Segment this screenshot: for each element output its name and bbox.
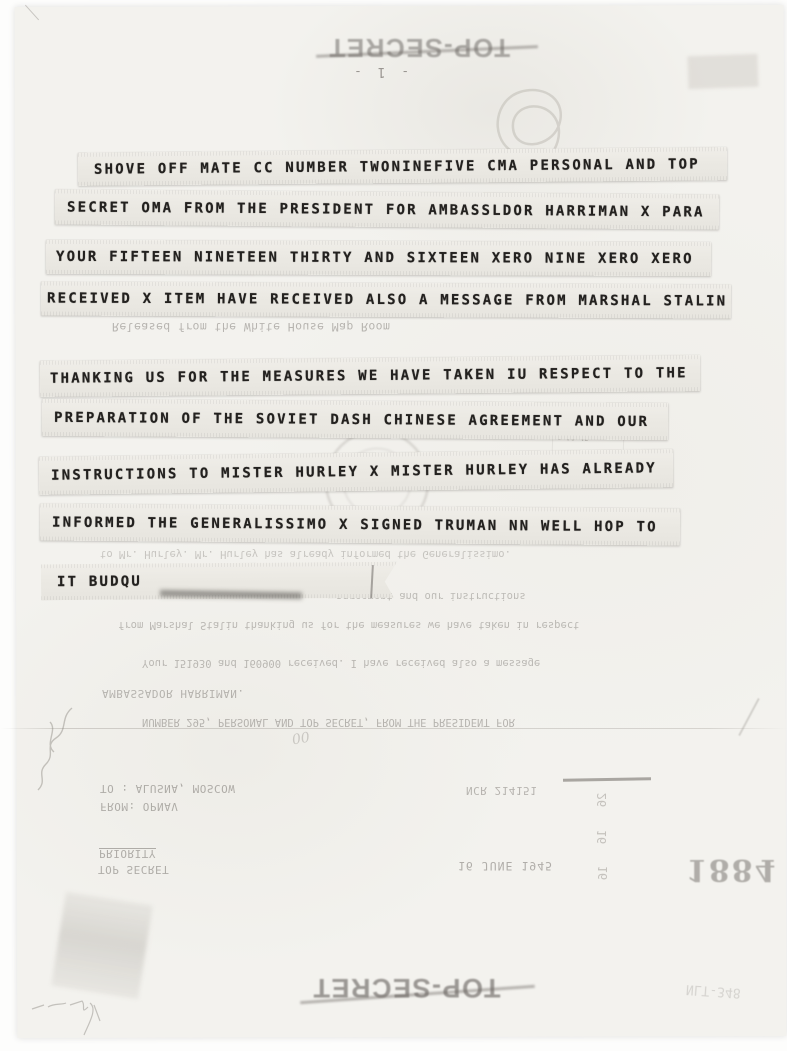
tape-residue-bottom-left [51, 892, 153, 1000]
strip-text: INSTRUCTIONS TO MISTER HURLEY X MISTER H… [51, 460, 657, 483]
page-number: - 1 - [350, 64, 409, 79]
teletype-strip-3: YOUR FIFTEEN NINETEEN THIRTY AND SIXTEEN… [46, 240, 711, 276]
bleed-serial-number: 1884 [686, 852, 778, 887]
strip-text: SECRET OMA FROM THE PRESIDENT FOR AMBASS… [67, 199, 705, 220]
strip-text: RECEIVED X ITEM HAVE RECEIVED ALSO A MES… [47, 291, 727, 310]
paper-crease-line [0, 728, 787, 729]
bleed-number-line: NUMBER 295, PERSONAL AND TOP SECRET, FRO… [142, 716, 515, 728]
bleed-top-secret-line: TOP SECRET [98, 863, 169, 876]
teletype-strip-8: INFORMED THE GENERALISSIMO X SIGNED TRUM… [40, 503, 680, 545]
bleed-date-line: 16 JUNE 1945 [458, 859, 553, 873]
strip-text: INFORMED THE GENERALISSIMO X SIGNED TRUM… [52, 514, 658, 535]
strip-text: IT BUDQU [57, 574, 142, 591]
bleed-from-line: FROM: OPNAV [100, 800, 178, 813]
teletype-strip-4: RECEIVED X ITEM HAVE RECEIVED ALSO A MES… [41, 281, 731, 318]
margin-number: 26 [595, 793, 609, 807]
bleed-priority-line: PRIORITY [99, 847, 156, 860]
strip-text: SHOVE OFF MATE CC NUMBER TWONINEFIVE CMA… [94, 156, 700, 177]
strip-text: YOUR FIFTEEN NINETEEN THIRTY AND SIXTEEN… [56, 249, 694, 267]
bleed-paragraph-line: to Mr. Hurley. Mr. Hurley has already in… [100, 548, 511, 560]
document-page: TOP-SECRET - 1 - EL-013 8-10-45 at 15145… [0, 0, 787, 1051]
strip-text: PREPARATION OF THE SOVIET DASH CHINESE A… [54, 409, 649, 429]
ncr-underline-mark [563, 777, 651, 782]
bleed-ncr-line: NCR 214151 [466, 784, 537, 797]
tape-residue-top-right [687, 54, 758, 89]
teletype-strip-5: THANKING US FOR THE MEASURES WE HAVE TAK… [40, 355, 700, 397]
teletype-strip-2: SECRET OMA FROM THE PRESIDENT FOR AMBASS… [55, 189, 719, 229]
teletype-strip-7: INSTRUCTIONS TO MISTER HURLEY X MISTER H… [39, 449, 673, 495]
page-corner-fold [25, 5, 39, 21]
stray-pencil-slash [738, 698, 759, 736]
margin-number: 16 [595, 830, 609, 844]
teletype-strip-1: SHOVE OFF MATE CC NUMBER TWONINEFIVE CMA… [78, 147, 727, 186]
strip-text: THANKING US FOR THE MEASURES WE HAVE TAK… [50, 365, 688, 387]
bleed-paragraph-line: Your 151930 and 160900 received. I have … [142, 657, 540, 669]
bleed-paragraph-line: from Marshal Stalin thanking us for the … [118, 619, 579, 631]
margin-number: 16 [596, 866, 610, 880]
handwritten-signature-mark [22, 700, 84, 795]
bleed-to-line: TO : ALUSNA, MOSCOW [100, 782, 235, 795]
bleed-corner-mark: NLT-348 [686, 981, 742, 1000]
handwritten-mark: 00 [291, 730, 311, 749]
pencil-scribble-bottom-left [28, 995, 118, 1037]
teletype-strip-6: PREPARATION OF THE SOVIET DASH CHINESE A… [42, 399, 668, 440]
bleed-map-room-note: Released from the White House Map Room [112, 320, 390, 334]
bleed-ambassador-line: AMBASSADOR HARRIMAN. [102, 687, 244, 700]
